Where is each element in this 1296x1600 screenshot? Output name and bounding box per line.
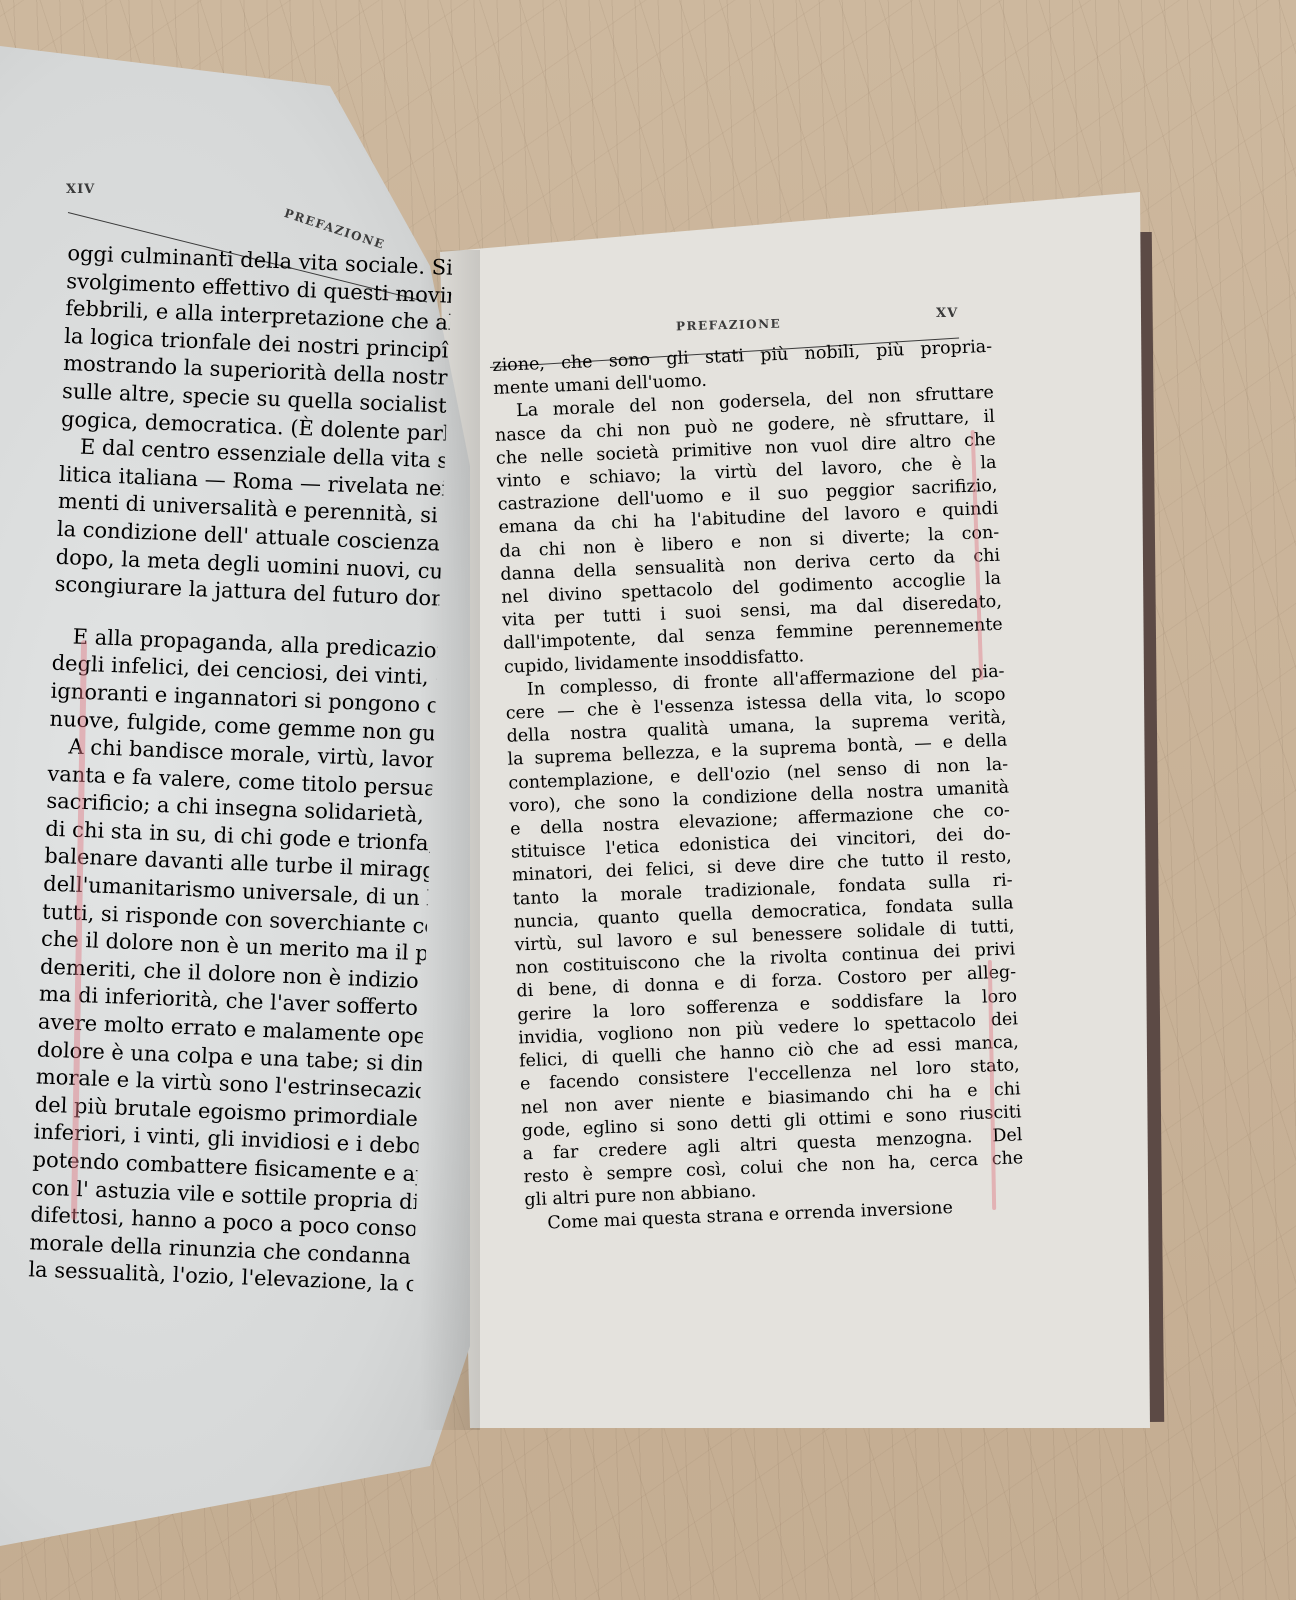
right-running-head: PREFAZIONE [676, 317, 782, 334]
left-folio: XIV [66, 182, 95, 197]
right-page-text: zione, che sono gli stati più nobili, pi… [492, 336, 1025, 1236]
right-folio: XV [936, 306, 958, 321]
left-page-text: oggi culminanti della vita sociale. Si o… [28, 240, 453, 1299]
